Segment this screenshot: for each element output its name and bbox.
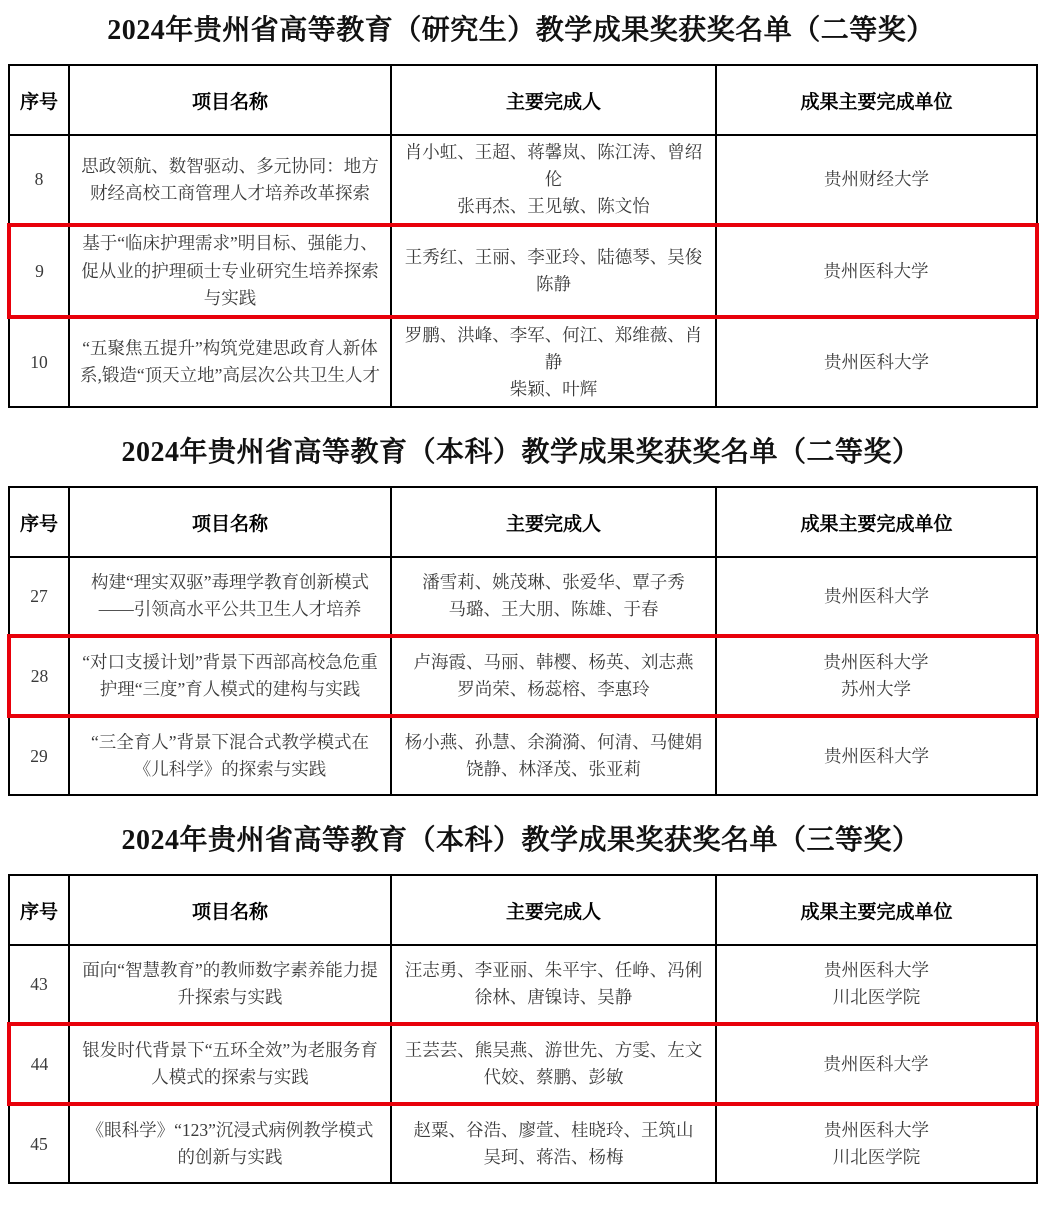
completer-line: 徐林、唐镍诗、吴静 [400,984,707,1011]
row-completing-organization: 贵州财经大学 [716,135,1037,225]
row-serial-number: 45 [9,1104,69,1183]
row-project-name: 基于“临床护理需求”明目标、强能力、促从业的护理硕士专业研究生培养探索与实践 [69,225,391,316]
completer-line: 罗尚荣、杨蕊榕、李惠玲 [400,676,707,703]
completer-line: 陈静 [400,271,707,298]
row-main-completers: 汪志勇、李亚丽、朱平宇、任峥、冯俐徐林、唐镍诗、吴静 [391,945,716,1024]
row-project-name: 面向“智慧教育”的教师数字素养能力提升探索与实践 [69,945,391,1024]
completer-line: 潘雪莉、姚茂琳、张爱华、覃子秀 [400,569,707,596]
row-main-completers: 卢海霞、马丽、韩樱、杨英、刘志燕罗尚荣、杨蕊榕、李惠玲 [391,636,716,716]
completer-line: 马璐、王大朋、陈雄、于春 [400,596,707,623]
row-main-completers: 王芸芸、熊吴燕、游世先、方雯、左文代姣、蔡鹏、彭敏 [391,1024,716,1104]
header-completing-organization: 成果主要完成单位 [716,875,1037,945]
organization-line: 贵州医科大学 [725,649,1027,676]
table-row-highlighted: 28 “对口支援计划”背景下西部高校急危重护理“三度”育人模式的建构与实践 卢海… [9,636,1037,716]
organization-line: 贵州财经大学 [725,166,1028,193]
header-serial-number: 序号 [9,487,69,557]
table-row: 29 “三全育人”背景下混合式教学模式在《儿科学》的探索与实践 杨小燕、孙慧、余… [9,716,1037,795]
organization-line: 贵州医科大学 [725,349,1028,376]
organization-line: 苏州大学 [725,676,1027,703]
organization-line: 贵州医科大学 [725,1051,1027,1078]
header-project-name: 项目名称 [69,487,391,557]
row-main-completers: 杨小燕、孙慧、余漪漪、何清、马健娟饶静、林泽茂、张亚莉 [391,716,716,795]
row-main-completers: 肖小虹、王超、蒋馨岚、陈江涛、曾绍伦张再杰、王见敏、陈文怡 [391,135,716,225]
row-project-name: 思政领航、数智驱动、多元协同：地方财经高校工商管理人才培养改革探索 [69,135,391,225]
header-main-completers: 主要完成人 [391,875,716,945]
completer-line: 罗鹏、洪峰、李军、何江、郑维薇、肖静 [400,322,707,376]
header-serial-number: 序号 [9,875,69,945]
row-project-name: 《眼科学》“123”沉浸式病例教学模式的创新与实践 [69,1104,391,1183]
row-completing-organization: 贵州医科大学川北医学院 [716,945,1037,1024]
completer-line: 肖小虹、王超、蒋馨岚、陈江涛、曾绍伦 [400,139,707,193]
completer-line: 汪志勇、李亚丽、朱平宇、任峥、冯俐 [400,957,707,984]
header-completing-organization: 成果主要完成单位 [716,65,1037,135]
row-completing-organization: 贵州医科大学 [716,225,1037,316]
header-main-completers: 主要完成人 [391,65,716,135]
header-completing-organization: 成果主要完成单位 [716,487,1037,557]
completer-line: 赵粟、谷浩、廖萱、桂晓玲、王筑山 [400,1117,707,1144]
row-project-name: 构建“理实双驱”毒理学教育创新模式——引领高水平公共卫生人才培养 [69,557,391,636]
row-completing-organization: 贵州医科大学苏州大学 [716,636,1037,716]
table-header-row: 序号 项目名称 主要完成人 成果主要完成单位 [9,65,1037,135]
table-header-row: 序号 项目名称 主要完成人 成果主要完成单位 [9,875,1037,945]
row-project-name: “三全育人”背景下混合式教学模式在《儿科学》的探索与实践 [69,716,391,795]
table-row: 43 面向“智慧教育”的教师数字素养能力提升探索与实践 汪志勇、李亚丽、朱平宇、… [9,945,1037,1024]
completer-line: 王芸芸、熊吴燕、游世先、方雯、左文 [400,1037,707,1064]
row-main-completers: 赵粟、谷浩、廖萱、桂晓玲、王筑山吴珂、蒋浩、杨梅 [391,1104,716,1183]
row-completing-organization: 贵州医科大学川北医学院 [716,1104,1037,1183]
header-main-completers: 主要完成人 [391,487,716,557]
organization-line: 川北医学院 [725,984,1028,1011]
organization-line: 贵州医科大学 [725,258,1027,285]
completer-line: 饶静、林泽茂、张亚莉 [400,756,707,783]
organization-line: 贵州医科大学 [725,1117,1028,1144]
row-completing-organization: 贵州医科大学 [716,317,1037,407]
header-project-name: 项目名称 [69,65,391,135]
award-table: 序号 项目名称 主要完成人 成果主要完成单位 27 构建“理实双驱”毒理学教育创… [7,486,1039,796]
award-table: 序号 项目名称 主要完成人 成果主要完成单位 8 思政领航、数智驱动、多元协同：… [7,64,1039,408]
organization-line: 贵州医科大学 [725,743,1028,770]
row-project-name: “对口支援计划”背景下西部高校急危重护理“三度”育人模式的建构与实践 [69,636,391,716]
section-title: 2024年贵州省高等教育（研究生）教学成果奖获奖名单（二等奖） [7,8,1035,48]
row-main-completers: 罗鹏、洪峰、李军、何江、郑维薇、肖静柴颖、叶辉 [391,317,716,407]
row-project-name: “五聚焦五提升”构筑党建思政育人新体系,锻造“顶天立地”高层次公共卫生人才 [69,317,391,407]
organization-line: 贵州医科大学 [725,583,1028,610]
section-title: 2024年贵州省高等教育（本科）教学成果奖获奖名单（二等奖） [7,430,1035,470]
row-completing-organization: 贵州医科大学 [716,557,1037,636]
row-serial-number: 29 [9,716,69,795]
section-undergraduate-third-prize: 2024年贵州省高等教育（本科）教学成果奖获奖名单（三等奖） 序号 项目名称 主… [7,818,1035,1184]
completer-line: 卢海霞、马丽、韩樱、杨英、刘志燕 [400,649,707,676]
completer-line: 柴颖、叶辉 [400,376,707,403]
table-row: 45 《眼科学》“123”沉浸式病例教学模式的创新与实践 赵粟、谷浩、廖萱、桂晓… [9,1104,1037,1183]
section-undergraduate-second-prize: 2024年贵州省高等教育（本科）教学成果奖获奖名单（二等奖） 序号 项目名称 主… [7,430,1035,796]
completer-line: 代姣、蔡鹏、彭敏 [400,1064,707,1091]
row-completing-organization: 贵州医科大学 [716,1024,1037,1104]
row-serial-number: 43 [9,945,69,1024]
header-project-name: 项目名称 [69,875,391,945]
row-serial-number: 28 [9,636,69,716]
row-serial-number: 8 [9,135,69,225]
row-completing-organization: 贵州医科大学 [716,716,1037,795]
completer-line: 张再杰、王见敏、陈文怡 [400,193,707,220]
completer-line: 杨小燕、孙慧、余漪漪、何清、马健娟 [400,729,707,756]
row-project-name: 银发时代背景下“五环全效”为老服务育人模式的探索与实践 [69,1024,391,1104]
organization-line: 贵州医科大学 [725,957,1028,984]
row-serial-number: 10 [9,317,69,407]
row-main-completers: 王秀红、王丽、李亚玲、陆德琴、吴俊陈静 [391,225,716,316]
table-header-row: 序号 项目名称 主要完成人 成果主要完成单位 [9,487,1037,557]
organization-line: 川北医学院 [725,1144,1028,1171]
award-document: 2024年贵州省高等教育（研究生）教学成果奖获奖名单（二等奖） 序号 项目名称 … [7,0,1035,1184]
row-main-completers: 潘雪莉、姚茂琳、张爱华、覃子秀马璐、王大朋、陈雄、于春 [391,557,716,636]
table-row: 8 思政领航、数智驱动、多元协同：地方财经高校工商管理人才培养改革探索 肖小虹、… [9,135,1037,225]
table-row: 27 构建“理实双驱”毒理学教育创新模式——引领高水平公共卫生人才培养 潘雪莉、… [9,557,1037,636]
row-serial-number: 9 [9,225,69,316]
completer-line: 吴珂、蒋浩、杨梅 [400,1144,707,1171]
completer-line: 王秀红、王丽、李亚玲、陆德琴、吴俊 [400,244,707,271]
header-serial-number: 序号 [9,65,69,135]
table-row-highlighted: 44 银发时代背景下“五环全效”为老服务育人模式的探索与实践 王芸芸、熊吴燕、游… [9,1024,1037,1104]
section-graduate-second-prize: 2024年贵州省高等教育（研究生）教学成果奖获奖名单（二等奖） 序号 项目名称 … [7,8,1035,408]
row-serial-number: 44 [9,1024,69,1104]
award-table: 序号 项目名称 主要完成人 成果主要完成单位 43 面向“智慧教育”的教师数字素… [7,874,1039,1184]
section-title: 2024年贵州省高等教育（本科）教学成果奖获奖名单（三等奖） [7,818,1035,858]
row-serial-number: 27 [9,557,69,636]
table-row-highlighted: 9 基于“临床护理需求”明目标、强能力、促从业的护理硕士专业研究生培养探索与实践… [9,225,1037,316]
table-row: 10 “五聚焦五提升”构筑党建思政育人新体系,锻造“顶天立地”高层次公共卫生人才… [9,317,1037,407]
